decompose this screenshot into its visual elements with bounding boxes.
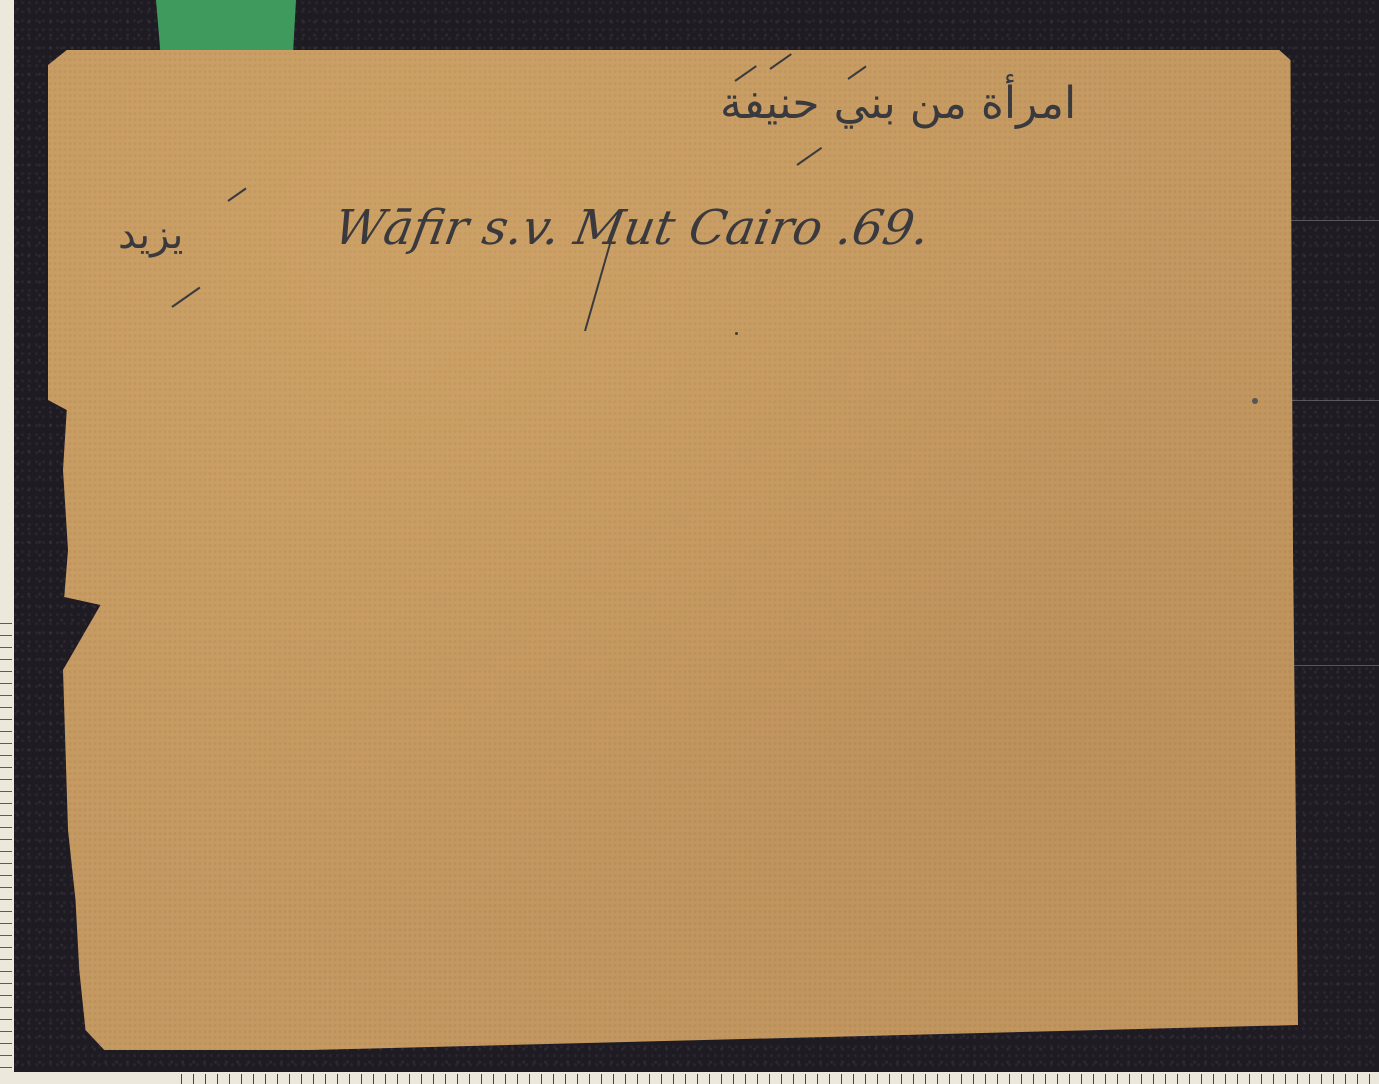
- arabic-title-text: امرأة من بني حنيفة: [720, 78, 1076, 129]
- ink-speck: [1252, 398, 1258, 404]
- green-divider-tab: [156, 0, 296, 50]
- background-seam: [1280, 220, 1379, 221]
- latin-reference-text: Wāfir s.v. Mut Cairo .69.: [330, 200, 934, 256]
- measurement-ruler-left: [0, 0, 14, 1084]
- arabic-name-text: يزيد: [118, 212, 183, 258]
- background-seam: [1280, 665, 1379, 666]
- measurement-ruler-bottom: [0, 1072, 1379, 1084]
- ink-speck: [735, 332, 738, 335]
- background-seam: [1280, 400, 1379, 401]
